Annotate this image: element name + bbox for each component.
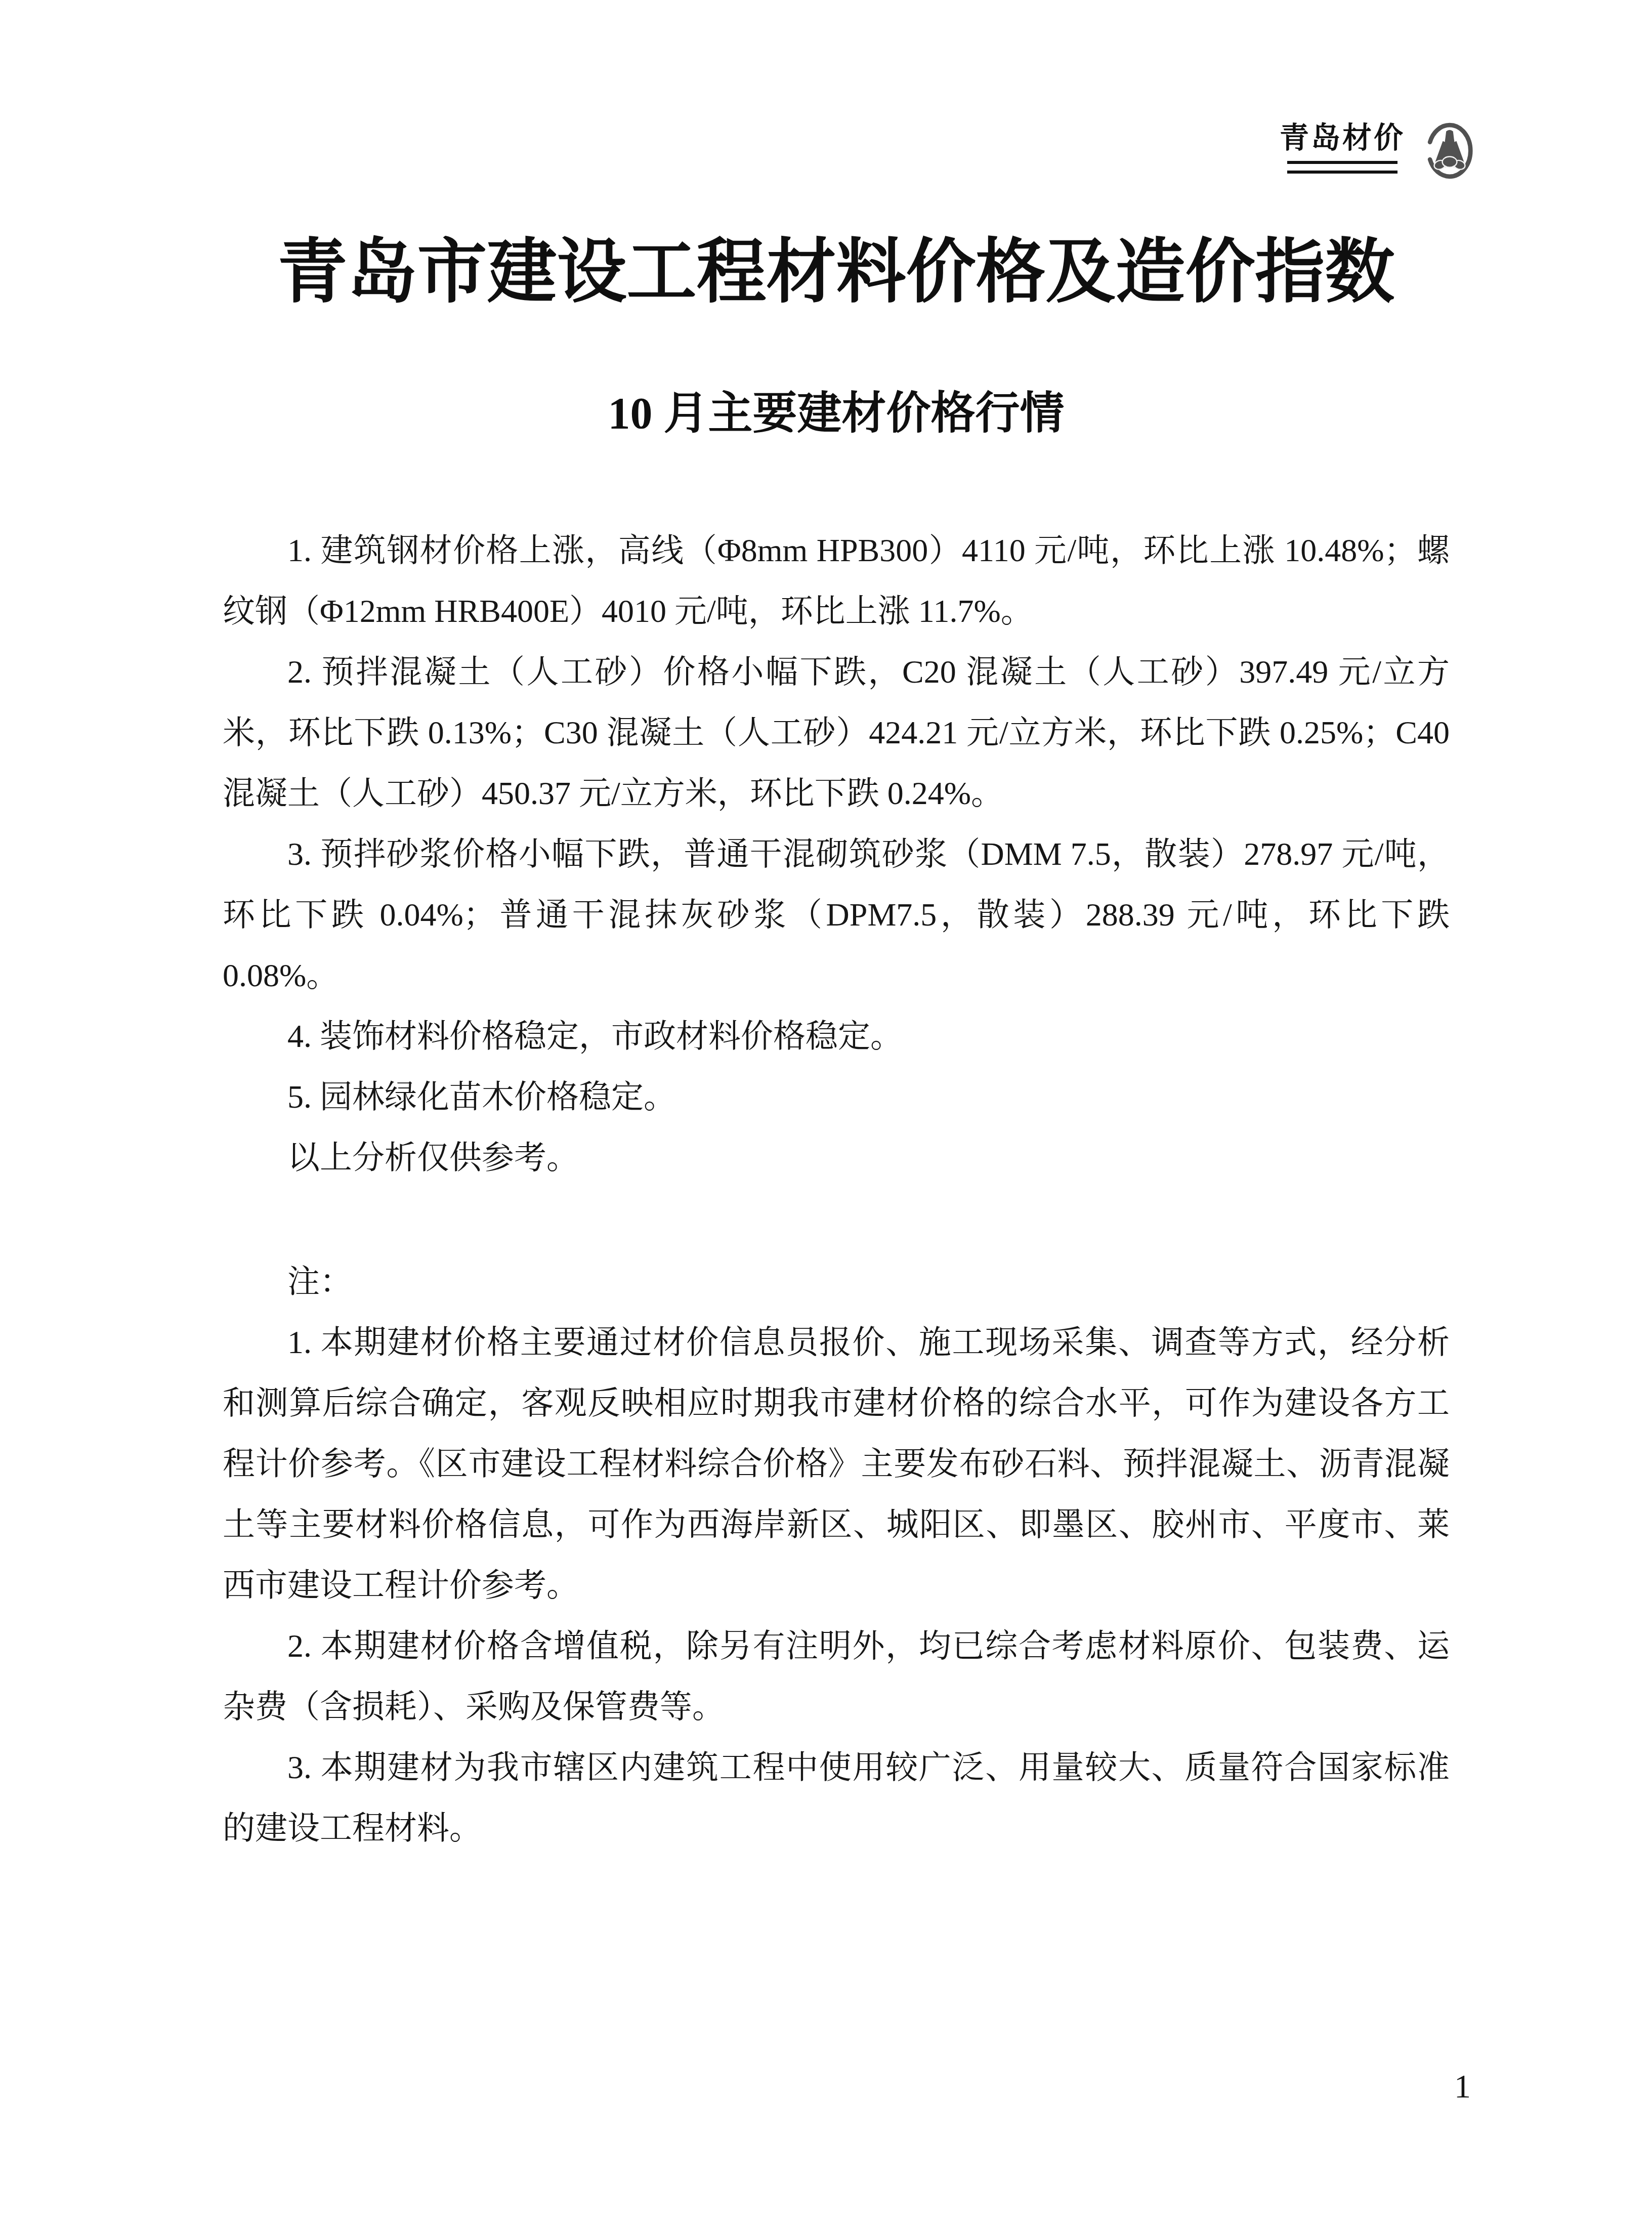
analysis-paragraph-1: 1. 建筑钢材价格上涨，高线（Φ8mm HPB300）4110 元/吨，环比上涨… bbox=[223, 520, 1450, 642]
masthead: 青岛材价 bbox=[1280, 120, 1474, 181]
note-item-3: 3. 本期建材为我市辖区内建筑工程中使用较广泛、用量较大、质量符合国家标准的建设… bbox=[223, 1737, 1450, 1859]
note-item-2: 2. 本期建材价格含增值税，除另有注明外，均已综合考虑材料原价、包装费、运杂费（… bbox=[223, 1616, 1450, 1737]
page-number: 1 bbox=[1454, 2070, 1471, 2104]
analysis-paragraph-3: 3. 预拌砂浆价格小幅下跌，普通干混砌筑砂浆（DMM 7.5，散装）278.97… bbox=[223, 824, 1450, 1006]
analysis-section: 1. 建筑钢材价格上涨，高线（Φ8mm HPB300）4110 元/吨，环比上涨… bbox=[223, 520, 1450, 1188]
notes-label: 注： bbox=[223, 1251, 1450, 1312]
brand-title: 青岛材价 bbox=[1280, 123, 1405, 153]
analysis-paragraph-5: 5. 园林绿化苗木价格稳定。 bbox=[223, 1067, 1450, 1127]
page-subtitle: 10 月主要建材价格行情 bbox=[223, 388, 1450, 439]
page-title: 青岛市建设工程材料价格及造价指数 bbox=[223, 232, 1450, 312]
document-page: 青岛材价 bbox=[0, 0, 1652, 2226]
brand-block: 青岛材价 bbox=[1280, 120, 1405, 174]
note-item-1: 1. 本期建材价格主要通过材价信息员报价、施工现场采集、调查等方式，经分析和测算… bbox=[223, 1312, 1450, 1616]
analysis-disclaimer: 以上分析仅供参考。 bbox=[223, 1127, 1450, 1188]
steel-pipes-logo-icon bbox=[1425, 120, 1474, 181]
notes-section: 注： 1. 本期建材价格主要通过材价信息员报价、施工现场采集、调查等方式，经分析… bbox=[223, 1251, 1450, 1859]
analysis-paragraph-2: 2. 预拌混凝土（人工砂）价格小幅下跌，C20 混凝土（人工砂）397.49 元… bbox=[223, 642, 1450, 824]
brand-double-rule bbox=[1287, 161, 1397, 174]
analysis-paragraph-4: 4. 装饰材料价格稳定，市政材料价格稳定。 bbox=[223, 1006, 1450, 1067]
